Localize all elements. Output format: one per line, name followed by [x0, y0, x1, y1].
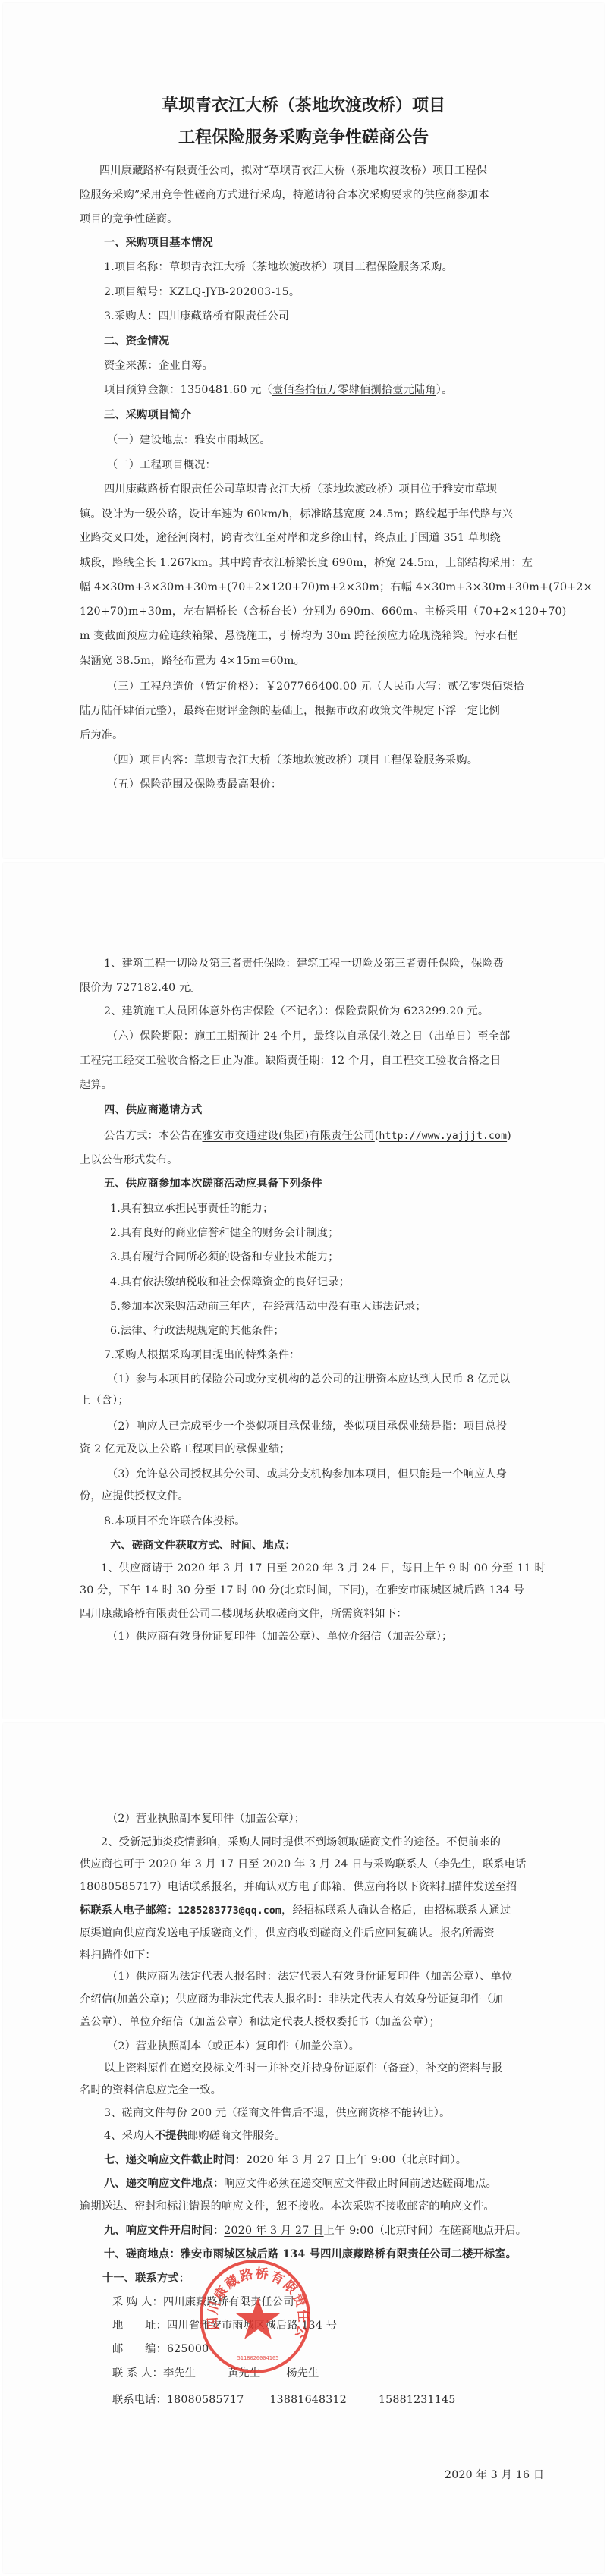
insurance-scope-heading: （五）保险范围及保险费最高限价：	[107, 778, 281, 791]
postcode-value: 625000	[167, 2343, 209, 2355]
intro-line-2: 险服务采购”采用竞争性磋商方式进行采购，特邀请符合本次采购要求的供应商参加本	[80, 188, 489, 202]
overview-line-7: m 变截面预应力砼连续箱梁、悬浇施工，引桥均为 30m 跨径预应力砼现浇箱梁。污…	[80, 629, 518, 643]
special-line-1: （1）参与本项目的保险公司或分支机构的总公司的注册资本应达到人民币 8 亿元以	[107, 1373, 510, 1386]
no-mail-bold: 不提供	[155, 2130, 187, 2142]
remote-item-1b: 介绍信(加盖公章)；供应商为非法定代表人报名时：非法定代表人有效身份证复印件（加	[80, 1993, 503, 2006]
condition-1: 1.具有独立承担民事责任的能力；	[110, 1202, 273, 1216]
remote-line-2: 供应商也可于 2020 年 3 月 17 日至 2020 年 3 月 24 日与…	[80, 1857, 527, 1871]
opening-time: 上午 9:00（北京时间）在磋商地点开启。	[324, 2225, 527, 2237]
phone-1: 18080585717	[167, 2394, 244, 2406]
condition-6: 6.法律、行政法规规定的其他条件；	[110, 1324, 285, 1338]
no-mail-line: 4、采购人不提供邮购磋商文件服务。	[104, 2129, 285, 2143]
project-number: 2.项目编号：KZLQ-JYB-202003-15。	[104, 285, 300, 299]
title-line-1: 草坝青衣江大桥（茶地坎渡改桥）项目	[0, 96, 607, 117]
cost-line-3: 后为准。	[80, 728, 124, 742]
scope-line-3: 2、建筑施工人员团体意外伤害保险（不记名）：保险费限价为 623299.20 元…	[104, 1005, 489, 1018]
deadline-line: 七、递交响应文件截止时间：2020 年 3 月 27 日上午 9:00（北京时间…	[104, 2153, 467, 2167]
purchaser-label: 采 购 人：	[112, 2296, 163, 2308]
acquire-line-2: 30 分，下午 14 时 30 分至 17 时 00 分(北京时间，下同)，在雅…	[80, 1584, 524, 1597]
purchaser-value: 四川康藏路桥有限责任公司	[163, 2296, 294, 2308]
period-line-2: 工程完工经交工验收合格之日止为准。缺陷责任期：12 个月，自工程交工验收合格之日	[80, 1054, 502, 1068]
scope-line-1: 1、建筑工程一切险及第三者责任保险：建筑工程一切险及第三者责任保险，保险费	[104, 957, 504, 970]
postcode-label: 邮 编：	[112, 2343, 167, 2355]
special-line-6: 份，应提供授权文件。	[80, 1489, 189, 1503]
contact-person-2: 黄先生	[228, 2367, 260, 2379]
special-line-2: 上（含）；	[80, 1394, 129, 1408]
remote-line-5: 原渠道向供应商发送电子版磋商文件，供应商收到磋商文件后应回复确认。报名所需资	[80, 1926, 495, 1940]
section-6-heading: 六、磋商文件获取方式、时间、地点：	[110, 1539, 296, 1552]
overview-line-4: 城段，路线全长 1.267km。其中跨青衣江桥梁长度 690m，桥宽 24.5m…	[80, 556, 533, 570]
fund-source: 资金来源：企业自筹。	[104, 359, 213, 373]
acquire-item-1: （1）供应商有效身份证复印件（加盖公章）、单位介绍信（加盖公章）；	[107, 1630, 452, 1643]
project-name: 1.项目名称：草坝青衣江大桥（茶地坎渡改桥）项目工程保险服务采购。	[104, 260, 453, 274]
acquire-item-2: （2）营业执照副本复印件（加盖公章）；	[107, 1812, 305, 1826]
construction-location: （一）建设地点：雅安市雨城区。	[107, 433, 271, 447]
deadline-date: 2020 年 3 月 27 日	[246, 2154, 345, 2166]
remote-item-1a: （1）供应商为法定代表人报名时：法定代表人有效身份证复印件（加盖公章）、单位	[107, 1970, 512, 1983]
remote-item-2: （2）营业执照副本（或正本）复印件（加盖公章）。	[107, 2040, 360, 2053]
phone-label: 联系电话：	[112, 2394, 167, 2406]
special-line-5: （3）允许总公司授权其分公司、或其分支机构参加本项目，但只能是一个响应人身	[107, 1467, 507, 1481]
acquire-line-1: 1、供应商请于 2020 年 3 月 17 日至 2020 年 3 月 24 日…	[101, 1562, 546, 1575]
notice-line: 公告方式：本公告在雅安市交通建设(集团)有限责任公司(http://www.ya…	[104, 1129, 511, 1143]
page-separator	[0, 859, 607, 862]
intro-line-3: 项目的竞争性磋商。	[80, 212, 178, 226]
page-3	[3, 1723, 604, 2573]
condition-2: 2.具有良好的商业信誉和健全的财务会计制度；	[110, 1226, 339, 1240]
page-separator	[0, 1719, 607, 1722]
intro-line-1: 四川康藏路桥有限责任公司，拟对“草坝青衣江大桥（茶地坎渡改桥）项目工程保	[99, 164, 487, 178]
overview-line-6: 120+70)m+30m，左右幅桥长（含桥台长）分别为 690m、660m。主桥…	[80, 605, 567, 618]
project-content: （四）项目内容：草坝青衣江大桥（茶地坎渡改桥）项目工程保险服务采购。	[107, 753, 478, 767]
special-line-3: （2）响应人已完成至少一个类似项目承保业绩，类似项目承保业绩是指：项目总投	[107, 1420, 507, 1433]
contact-address: 地 址：四川省雅安市雨城区城后路 134 号	[112, 2319, 337, 2332]
location-line-1: 八、递交响应文件地点：响应文件必须在递交响应文件截止时间前送达磋商地点。	[104, 2177, 497, 2191]
issue-date: 2020 年 3 月 16 日	[445, 2468, 544, 2482]
condition-3: 3.具有履行合同所必须的设备和专业技术能力；	[110, 1250, 339, 1264]
overview-line-5: 幅 4×30m+3×30m+30m+(70+2×120+70)m+2×30m；右…	[80, 580, 593, 594]
section-2-heading: 二、资金情况	[104, 335, 169, 348]
section-1-heading: 一、采购项目基本情况	[104, 236, 213, 250]
remote-line-1: 2、受新冠肺炎疫情影响，采购人同时提供不到场领取磋商文件的途径。不便前来的	[101, 1835, 501, 1849]
section-4-heading: 四、供应商邀请方式	[104, 1103, 203, 1117]
phone-3: 15881231145	[379, 2394, 456, 2406]
paren-close: )	[507, 1130, 511, 1142]
condition-4: 4.具有依法缴纳税收和社会保障资金的良好记录；	[110, 1275, 350, 1289]
budget-line: 项目预算金额：1350481.60 元（壹佰叁拾伍万零肆佰捌拾壹元陆角）。	[104, 383, 452, 397]
section-9-heading: 九、响应文件开启时间：	[104, 2225, 224, 2237]
purchaser: 3.采购人：四川康藏路桥有限责任公司	[104, 310, 289, 323]
opening-date: 2020 年 3 月 27 日	[224, 2225, 323, 2237]
scope-line-2: 限价为 727182.40 元。	[80, 981, 201, 995]
overview-line-2: 镇。设计为一级公路，设计车速为 60km/h，标准路基宽度 24.5m；路线起于…	[80, 508, 513, 521]
cost-line-2: 陆万陆仟肆佰元整），最终在财评金额的基础上，根据市政府政策文件规定下浮一定比例	[80, 704, 500, 718]
overview-line-8: 架涵宽 38.5m，路径布置为 4×15m=60m。	[80, 654, 305, 668]
contact-email[interactable]: 1285283773@qq.com	[178, 1905, 281, 1917]
condition-5: 5.参加本次采购活动前三年内，在经营活动中没有重大违法记录；	[110, 1300, 426, 1313]
notice-url-link[interactable]: http://www.yajjjt.com	[379, 1131, 508, 1142]
condition-7: 7.采购人根据采购项目提出的特殊条件：	[104, 1348, 300, 1362]
cost-line-1: （三）工程总造价（暂定价格）：￥207766400.00 元（人民币大写：贰亿零…	[107, 680, 524, 694]
contact-purchaser: 采 购 人：四川康藏路桥有限责任公司	[112, 2295, 294, 2309]
note-line-1: 以上资料原件在递交投标文件时一并补交并持身份证原件（备查），补交的资料与报	[104, 2062, 502, 2075]
acquire-line-3: 四川康藏路桥有限责任公司二楼现场获取磋商文件，所需资料如下：	[80, 1607, 407, 1621]
section-11-heading: 十一、联系方式：	[102, 2272, 190, 2285]
budget-amount: 项目预算金额：1350481.60 元（	[104, 384, 272, 396]
notice-publisher-link[interactable]: 雅安市交通建设(集团)有限责任公司	[203, 1130, 375, 1142]
overview-heading: （二）工程项目概况：	[107, 458, 216, 472]
overview-line-3: 业路交叉口处，途径河岗村，跨青衣江至对岸和龙乡徐山村，终点止于国道 351 草坝…	[80, 531, 501, 545]
no-mail-suffix: 邮购磋商文件服务。	[187, 2130, 286, 2142]
overview-line-1: 四川康藏路桥有限责任公司草坝青衣江大桥（茶地坎渡改桥）项目位于雅安市草坝	[104, 483, 497, 496]
notice-prefix: 公告方式：本公告在	[104, 1130, 203, 1142]
opening-line: 九、响应文件开启时间：2020 年 3 月 27 日上午 9:00（北京时间）在…	[104, 2224, 527, 2238]
section-5-heading: 五、供应商参加本次磋商活动应具备下列条件	[104, 1177, 322, 1190]
title-line-2: 工程保险服务采购竞争性磋商公告	[0, 127, 607, 149]
period-line-3: 起算。	[80, 1078, 112, 1092]
section-7-heading: 七、递交响应文件截止时间：	[104, 2154, 246, 2166]
phone-2: 13881648312	[269, 2394, 347, 2406]
contact-phones: 联系电话：180805857171388164831215881231145	[112, 2393, 455, 2407]
remote-line-3: 18080585717）电话联系报名，并确认双方电子邮箱，供应商将以下资料扫描件…	[80, 1880, 517, 1894]
contact-person-1: 李先生	[163, 2367, 196, 2379]
section-10-heading: 十、磋商地点：	[104, 2248, 181, 2260]
budget-end: ）。	[436, 384, 453, 396]
contact-person-3: 杨先生	[286, 2367, 319, 2379]
remote-item-1c: 盖公章）、单位介绍信（加盖公章）和法定代表人授权委托书（加盖公章）；	[80, 2015, 440, 2029]
location-text-1: 响应文件必须在递交响应文件截止时间前送达磋商地点。	[224, 2178, 497, 2190]
deadline-time: 上午 9:00（北京时间）。	[345, 2154, 467, 2166]
period-line-1: （六）保险期限：施工工期预计 24 个月，最终以自承保生效之日（出单日）至全部	[107, 1030, 510, 1043]
special-line-4: 资 2 亿元及以上公路工程项目的承保业绩；	[80, 1442, 291, 1456]
address-label: 地 址：	[112, 2320, 167, 2332]
email-label: 标联系人电子邮箱：	[80, 1904, 178, 1917]
contact-persons: 联 系 人：李先生黄先生杨先生	[112, 2367, 319, 2380]
location-line-2: 逾期送达、密封和标注错误的响应文件，恕不接收。本次采购不接收邮寄的响应文件。	[80, 2200, 495, 2213]
email-suffix: ，经招标联系人确认合格后，由招标联系人通过	[281, 1904, 511, 1917]
fee-line: 3、磋商文件每份 200 元（磋商文件售后不退，供应商资格不能转让）。	[104, 2106, 450, 2120]
address-value: 四川省雅安市雨城区城后路 134 号	[167, 2320, 337, 2332]
no-mail-prefix: 4、采购人	[104, 2130, 155, 2142]
budget-amount-words: 壹佰叁拾伍万零肆佰捌拾壹元陆角	[272, 384, 436, 396]
note-line-2: 名时的资料信息应完全一致。	[80, 2084, 222, 2097]
remote-line-4: 标联系人电子邮箱：1285283773@qq.com，经招标联系人确认合格后，由…	[80, 1904, 511, 1918]
remote-line-6: 料扫描件如下：	[80, 1949, 156, 1962]
venue-line: 十、磋商地点：雅安市雨城区城后路 134 号四川康藏路桥有限责任公司二楼开标室。	[104, 2247, 517, 2261]
contact-label: 联 系 人：	[112, 2367, 163, 2379]
section-8-heading: 八、递交响应文件地点：	[104, 2178, 224, 2190]
condition-8: 8.本项目不允许联合体投标。	[104, 1514, 246, 1528]
contact-postcode: 邮 编：625000	[112, 2342, 209, 2356]
notice-end: 上以公告形式发布。	[80, 1153, 178, 1167]
venue-text: 雅安市雨城区城后路 134 号四川康藏路桥有限责任公司二楼开标室。	[181, 2248, 517, 2260]
section-3-heading: 三、采购项目简介	[104, 408, 191, 422]
